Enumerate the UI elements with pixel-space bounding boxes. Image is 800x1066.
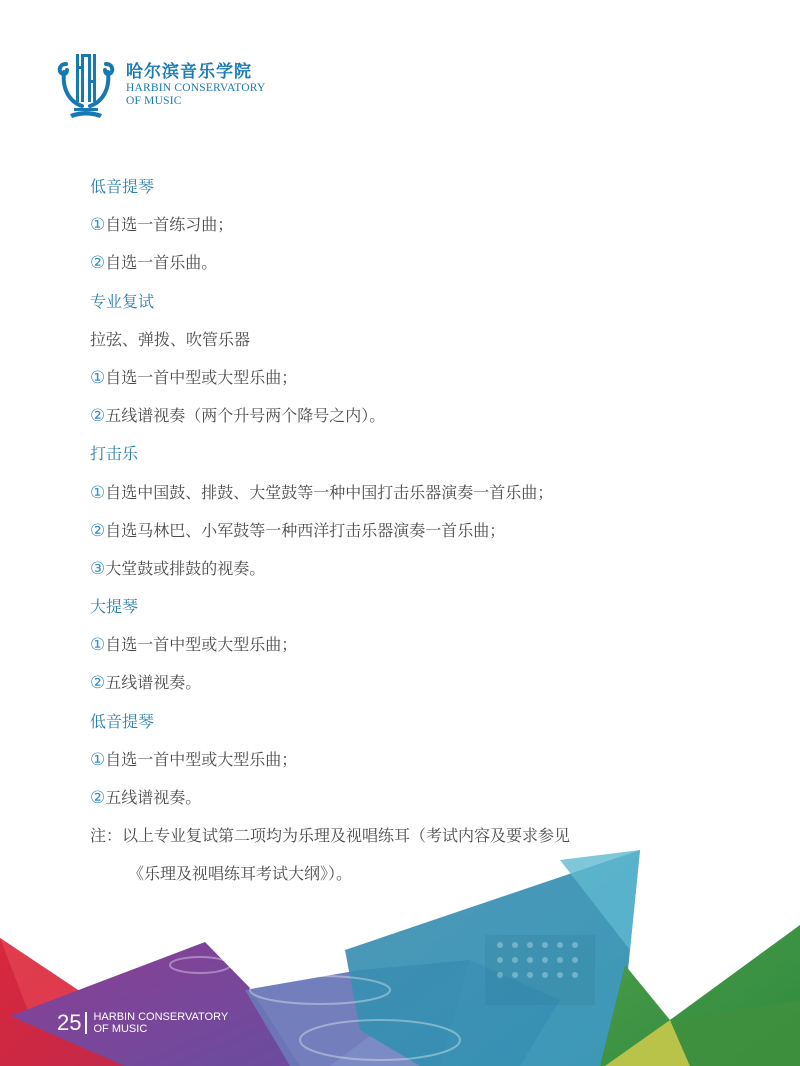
item-text: 自选马林巴、小军鼓等一种西洋打击乐器演奏一首乐曲；: [105, 521, 505, 540]
item-number: ②: [90, 788, 105, 808]
item-text: 五线谱视奏（两个升号两个降号之内）。: [105, 406, 385, 425]
item-text: 自选一首中型或大型乐曲；: [105, 635, 297, 654]
list-item: ②五线谱视奏。: [90, 668, 690, 706]
footer-label: 25 HARBIN CONSERVATORY OF MUSIC: [57, 1011, 228, 1035]
item-number: ②: [90, 253, 105, 273]
footer-school-name: HARBIN CONSERVATORY OF MUSIC: [93, 1011, 228, 1035]
footer-name-line2: OF MUSIC: [93, 1023, 228, 1035]
list-item: ①自选一首中型或大型乐曲；: [90, 363, 690, 401]
list-item: ②自选马林巴、小军鼓等一种西洋打击乐器演奏一首乐曲；: [90, 516, 690, 554]
page-number: 25: [57, 1011, 81, 1035]
list-item: ①自选一首中型或大型乐曲；: [90, 630, 690, 668]
section-heading: 低音提琴: [90, 707, 690, 745]
header-logo: 哈尔滨音乐学院 HARBIN CONSERVATORY OF MUSIC: [56, 50, 316, 122]
section-heading: 大提琴: [90, 592, 690, 630]
item-number: ③: [90, 559, 105, 579]
section-subheading: 拉弦、弹拨、吹管乐器: [90, 325, 690, 363]
section-heading: 低音提琴: [90, 172, 690, 210]
list-item: ①自选中国鼓、排鼓、大堂鼓等一种中国打击乐器演奏一首乐曲；: [90, 478, 690, 516]
school-name-cn: 哈尔滨音乐学院: [126, 62, 266, 82]
item-number: ①: [90, 635, 105, 655]
item-text: 五线谱视奏。: [105, 673, 201, 692]
section-heading: 打击乐: [90, 439, 690, 477]
exam-requirements: 低音提琴 ①自选一首练习曲； ②自选一首乐曲。 专业复试 拉弦、弹拨、吹管乐器 …: [90, 172, 690, 898]
section-heading: 专业复试: [90, 287, 690, 325]
list-item: ②五线谱视奏。: [90, 783, 690, 821]
item-text: 自选一首中型或大型乐曲；: [105, 750, 297, 769]
logo-text: 哈尔滨音乐学院 HARBIN CONSERVATORY OF MUSIC: [126, 62, 266, 108]
item-text: 自选一首中型或大型乐曲；: [105, 368, 297, 387]
item-number: ①: [90, 215, 105, 235]
footer-name-line1: HARBIN CONSERVATORY: [93, 1011, 228, 1023]
list-item: ②五线谱视奏（两个升号两个降号之内）。: [90, 401, 690, 439]
item-text: 五线谱视奏。: [105, 788, 201, 807]
item-number: ②: [90, 406, 105, 426]
footer-divider: [85, 1012, 87, 1034]
school-name-en-line2: OF MUSIC: [126, 95, 266, 108]
item-text: 自选一首乐曲。: [105, 253, 217, 272]
item-number: ①: [90, 750, 105, 770]
item-number: ①: [90, 368, 105, 388]
item-number: ①: [90, 483, 105, 503]
list-item: ②自选一首乐曲。: [90, 248, 690, 286]
list-item: ①自选一首中型或大型乐曲；: [90, 745, 690, 783]
item-text: 自选一首练习曲；: [105, 215, 233, 234]
list-item: ①自选一首练习曲；: [90, 210, 690, 248]
item-text: 大堂鼓或排鼓的视奏。: [105, 559, 265, 578]
item-number: ②: [90, 521, 105, 541]
item-number: ②: [90, 673, 105, 693]
list-item: ③大堂鼓或排鼓的视奏。: [90, 554, 690, 592]
lyre-hcm-icon: [56, 50, 116, 122]
item-text: 自选中国鼓、排鼓、大堂鼓等一种中国打击乐器演奏一首乐曲；: [105, 483, 553, 502]
school-name-en-line1: HARBIN CONSERVATORY: [126, 82, 266, 95]
